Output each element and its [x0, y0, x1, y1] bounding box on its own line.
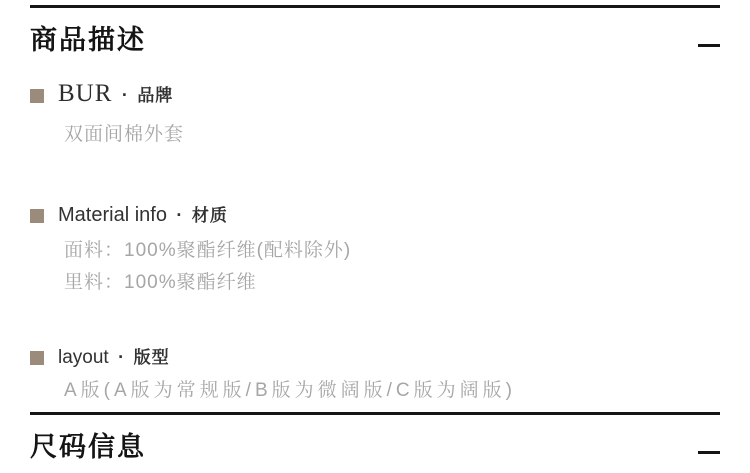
section-divider: [30, 412, 720, 415]
brand-latin-label: BUR: [58, 80, 112, 107]
section-divider: [30, 5, 720, 8]
material-item-label: Material info · 材质: [58, 201, 228, 231]
minus-dash-icon[interactable]: [698, 44, 720, 47]
product-detail-page: 商品描述 BUR · 品牌 双面间棉外套 Material info · 材质 …: [0, 0, 750, 473]
square-bullet-icon: [30, 89, 44, 103]
size-info-header: 尺码信息: [30, 431, 720, 463]
product-description-header: 商品描述: [30, 24, 720, 56]
fabric-line: 面料：100%聚酯纤维(配料除外): [64, 235, 720, 267]
layout-cjk-label: 版型: [134, 348, 170, 367]
middot-separator: ·: [122, 85, 128, 105]
middot-separator: ·: [118, 347, 124, 367]
layout-value-text: A版(A版为常规版/B版为微阔版/C版为阔版): [30, 375, 720, 407]
size-info-title: 尺码信息: [30, 431, 146, 463]
lining-line: 里料：100%聚酯纤维: [64, 267, 720, 299]
layout-item-title: layout · 版型: [30, 343, 720, 373]
square-bullet-icon: [30, 209, 44, 223]
material-value-text: 面料：100%聚酯纤维(配料除外) 里料：100%聚酯纤维: [30, 235, 720, 299]
brand-item-label: BUR · 品牌: [58, 80, 173, 111]
middot-separator: ·: [176, 205, 182, 225]
brand-value-text: 双面间棉外套: [30, 119, 720, 151]
material-item-title: Material info · 材质: [30, 201, 720, 231]
brand-item-title: BUR · 品牌: [30, 80, 720, 111]
layout-latin-label: layout: [58, 347, 109, 368]
page-title: 商品描述: [30, 24, 146, 56]
minus-dash-icon[interactable]: [698, 451, 720, 454]
layout-item-label: layout · 版型: [58, 343, 170, 373]
material-cjk-label: 材质: [192, 206, 228, 225]
material-latin-label: Material info: [58, 204, 167, 226]
square-bullet-icon: [30, 351, 44, 365]
brand-cjk-label: 品牌: [137, 86, 173, 105]
